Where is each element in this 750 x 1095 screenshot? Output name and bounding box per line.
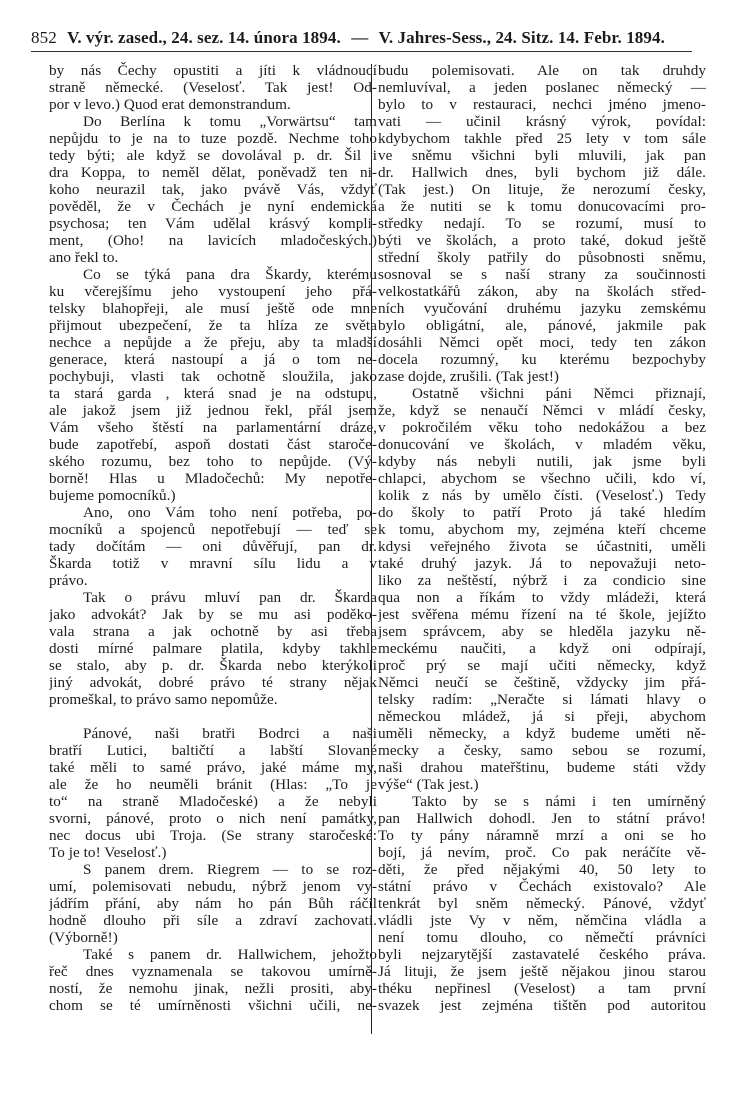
text-line: výše“ (Tak jest.) — [378, 776, 706, 793]
page-number: 852 — [31, 28, 57, 47]
text-line: dr. Hallwich dnes, byli bychom již dále. — [378, 164, 706, 181]
text-line: pověděl, že v Čechách je nyní endemická — [49, 198, 377, 215]
text-line: budu polemisovati. Ale on tak druhdy — [378, 62, 706, 79]
text-line: Škarda totiž v mravní sílu lidu a v — [49, 555, 377, 572]
text-line: zase dojde, zrušili. (Tak jest!) — [378, 368, 706, 385]
text-line: mecky a česky, samo sebou se rozumí, — [378, 742, 706, 759]
text-line: bojí, já nevím, proč. Co pak neráčíte vě… — [378, 844, 706, 861]
text-line: tenkrát byl sněm německý. Pánové, vždyť — [378, 895, 706, 912]
text-line: donucování ve školách, v mladém věku, — [378, 436, 706, 453]
text-line: dra Koppa, to neměl dělat, poněvadž ten … — [49, 164, 377, 181]
header-german-title: V. Jahres-Sess., 24. Sitz. 14. Febr. 189… — [379, 28, 665, 47]
text-line: nemluvíval, a jeden poslanec německý — — [378, 79, 706, 96]
text-line: býti ve školách, a proto také, dokud ješ… — [378, 232, 706, 249]
text-line: není tomu dlouho, co němečtí právníci — [378, 929, 706, 946]
text-line: právo. — [49, 572, 377, 589]
header-separator: — — [351, 28, 368, 47]
text-line: a že nutiti se k tomu donucovacími pro- — [378, 198, 706, 215]
text-line: docela rozumný, ku kterému bezpochyby — [378, 351, 706, 368]
text-line: ve sněmu všichni byli mluvili, jak pan — [378, 147, 706, 164]
text-line: To ty pány náramně mrzí a oni se ho — [378, 827, 706, 844]
text-line: tady dočítám — oni důvěřují, pan dr. — [49, 538, 377, 555]
text-line: To je to! Veselosť.) — [49, 844, 377, 861]
text-line: bylo obligátní, ale, pánové, jakmile pak — [378, 317, 706, 334]
text-line: to“ na straně Mladočeské) a že nebyli — [49, 793, 377, 810]
text-line: qua non a říkám to vždy mládeži, která — [378, 589, 706, 606]
text-line: k tomu, abychom my, zejména kteří chceme — [378, 521, 706, 538]
text-line: svazek jest zejména tištěn pod autoritou — [378, 997, 706, 1014]
text-line: dosáhli Němci opět moci, tedy ten zákon — [378, 334, 706, 351]
text-line: německou mládež, já si přeji, abychom — [378, 708, 706, 725]
text-line: ta stará garda , která snad je na odstup… — [49, 385, 377, 402]
text-line: že, když se nenaučí Němci v mládí česky, — [378, 402, 706, 419]
text-line: chom se té umírněnosti všichni učili, ne… — [49, 997, 377, 1014]
text-line: by nás Čechy opustiti a jíti k vládnoucí — [49, 62, 377, 79]
text-line: střední školy patřily do působnosti sněm… — [378, 249, 706, 266]
text-line: hodně dlouho při síle a zdraví zachovati… — [49, 912, 377, 929]
text-line: vládli jste Vy v něm, němčina vládla a — [378, 912, 706, 929]
text-line: sosnoval se s naší strany za součinnosti — [378, 266, 706, 283]
running-header: 852 V. výr. zased., 24. sez. 14. února 1… — [31, 28, 693, 48]
text-line: generace, která nastoupí a já o tom ne- — [49, 351, 377, 368]
text-line: jsem správcem, aby se hleděla jazyku ně- — [378, 623, 706, 640]
text-line: uměli německy, a když budeme uměti ně- — [378, 725, 706, 742]
text-line: velkostatkářů zákon, aby na školách stře… — [378, 283, 706, 300]
text-line: Do Berlína k tomu „Vorwärtsu“ tam — [49, 113, 377, 130]
text-line: jest svěřena mému řízení na té škole, je… — [378, 606, 706, 623]
right-column-text: budu polemisovati. Ale on tak druhdyneml… — [378, 62, 706, 1014]
text-line: ského rozumu, bez toho to nepůjde. (Vý- — [49, 453, 377, 470]
text-line: telsky radím: „Neračte si lámati hlavy o — [378, 691, 706, 708]
text-line: pochybuji, vlasti tak ochotně sloužila, … — [49, 368, 377, 385]
text-line: vati — učinil krásný výrok, povídal: — [378, 113, 706, 130]
text-line: straně německé. (Veselosť. Tak jest! Od- — [49, 79, 377, 96]
text-line: proč prý se mají učiti německy, když — [378, 657, 706, 674]
text-line: Takto by se s námi i ten umírněný — [378, 793, 706, 810]
text-line: Pánové, naši bratři Bodrci a naši — [49, 725, 377, 742]
text-line: mocníků a spojenců nepotřebují — teď se — [49, 521, 377, 538]
text-line: vala strana a jak ochotně by asi třeba — [49, 623, 377, 640]
text-line: pan Hallwich dohodl. Jen to státní právo… — [378, 810, 706, 827]
text-line: tedy býti; ale když se dovolával p. dr. … — [49, 147, 377, 164]
text-line: řeč dnes vyznamenala se takovou umírně- — [49, 963, 377, 980]
text-line: středky nedají. To se rozumí, musí to — [378, 215, 706, 232]
text-line: svorni, pánové, proto o nich není památk… — [49, 810, 377, 827]
text-line: jiný advokát, dobré právo té strany něja… — [49, 674, 377, 691]
text-line — [49, 708, 377, 725]
text-line: por v levo.) Quod erat demonstrandum. — [49, 96, 377, 113]
text-line: také druhý jazyk. Já to nepovažuji neto- — [378, 555, 706, 572]
text-line: kdybychom takhle před 25 lety v tom sále — [378, 130, 706, 147]
text-line: psychosa; ten Vám udělal krásvý kompli- — [49, 215, 377, 232]
text-line: nechce a nepůjde a že přeju, aby ta mlad… — [49, 334, 377, 351]
text-line: Co se týká pana dra Škardy, kterému — [49, 266, 377, 283]
text-line: do školy to patří Proto já také hledím — [378, 504, 706, 521]
text-line: meckému naučiti, a když oni odpírají, — [378, 640, 706, 657]
text-line: chlapci, abychom se všechno učili, kdo v… — [378, 470, 706, 487]
text-line: bude zapotřebí, aspoň dostati část staro… — [49, 436, 377, 453]
text-line: nec docus ubi Troja. (Se strany staročes… — [49, 827, 377, 844]
text-line: promeškal, to právo samo nepomůže. — [49, 691, 377, 708]
left-column-text: by nás Čechy opustiti a jíti k vládnoucí… — [49, 62, 377, 1014]
text-line: ních vyučování druhému jazyku zemskému — [378, 300, 706, 317]
text-line: ností, že nemohu jinak, nežli prositi, a… — [49, 980, 377, 997]
text-line: Ano, ono Vám toho není potřeba, po- — [49, 504, 377, 521]
text-line: Ostatně všichni páni Němci přiznají, — [378, 385, 706, 402]
header-rule — [31, 51, 692, 52]
text-line: ment, (Oho! na lavicích mladočeských.) — [49, 232, 377, 249]
column-divider — [371, 64, 372, 1034]
text-line: Vám všeho štěstí na parlamentární dráze, — [49, 419, 377, 436]
text-line: ale jakož jsem již jednou řekl, přál jse… — [49, 402, 377, 419]
text-line: liko za neštěstí, nýbrž i za condicio si… — [378, 572, 706, 589]
text-line: ale že ho neuměli bránit (Hlas: „To je — [49, 776, 377, 793]
text-line: Tak o právu mluví pan dr. Škarda — [49, 589, 377, 606]
text-line: Také s panem dr. Hallwichem, jehožto — [49, 946, 377, 963]
text-line: ano řekl to. — [49, 249, 377, 266]
header-czech-title: V. výr. zased., 24. sez. 14. února 1894. — [67, 28, 341, 47]
text-line: Němci neučí se češtině, vždycky jim přá- — [378, 674, 706, 691]
text-line: státní právo v Čechách existovalo? Ale — [378, 878, 706, 895]
text-line: S panem drem. Riegrem — to se roz- — [49, 861, 377, 878]
text-line: ku včerejšímu jeho vystoupení jeho přá- — [49, 283, 377, 300]
text-line: byli nejzarytější zastavatelé českého pr… — [378, 946, 706, 963]
text-line: se stalo, aby p. dr. Škarda nebo kterýko… — [49, 657, 377, 674]
text-line: bratří Lutici, baltičtí a labští Slované — [49, 742, 377, 759]
text-line: přijmout ubezpečení, že ta hlíza ze svět… — [49, 317, 377, 334]
text-line: dosti mírné palmare platila, kdyby takhl… — [49, 640, 377, 657]
text-line: bylo to v restauraci, nechci jméno jmeno… — [378, 96, 706, 113]
text-line: naši drahou mateřštinu, budeme státi vžd… — [378, 759, 706, 776]
text-line: děti, že před nějakými 40, 50 lety to — [378, 861, 706, 878]
text-line: borně! Hlas u Mladočechů: My nepotře- — [49, 470, 377, 487]
text-line: (Tak jest.) On lituje, že nerozumí česky… — [378, 181, 706, 198]
text-line: Já lituji, že jsem ještě nějakou jinou s… — [378, 963, 706, 980]
text-line: bujeme pomocníků.) — [49, 487, 377, 504]
text-line: také měli to samé právo, jaké máme my, — [49, 759, 377, 776]
text-line: kdyby nás nebyli nutili, jak jsme byli — [378, 453, 706, 470]
text-line: jako advokát? Jak by se mu asi poděko- — [49, 606, 377, 623]
text-line: jádřím přání, aby nám ho pán Bůh ráčil — [49, 895, 377, 912]
text-line: (Výborně!) — [49, 929, 377, 946]
text-line: v pokročilém věku toho nedokážou a bez — [378, 419, 706, 436]
text-line: théku nepřinesl (Veselost) a tam první — [378, 980, 706, 997]
text-line: kolik z nás by umělo čísti. (Veselosť.) … — [378, 487, 706, 504]
text-line: koho neurazil tak, jako pvávě Vás, vždyť — [49, 181, 377, 198]
text-line: telsky blahopřeji, ale musí ještě ode mn… — [49, 300, 377, 317]
text-line: umí, polemisovati nebudu, nýbrž jenom vy… — [49, 878, 377, 895]
text-line: nepůjdu to je na to tuze pozdě. Nechme t… — [49, 130, 377, 147]
text-line: kdysi veřejného života se účastniti, umě… — [378, 538, 706, 555]
